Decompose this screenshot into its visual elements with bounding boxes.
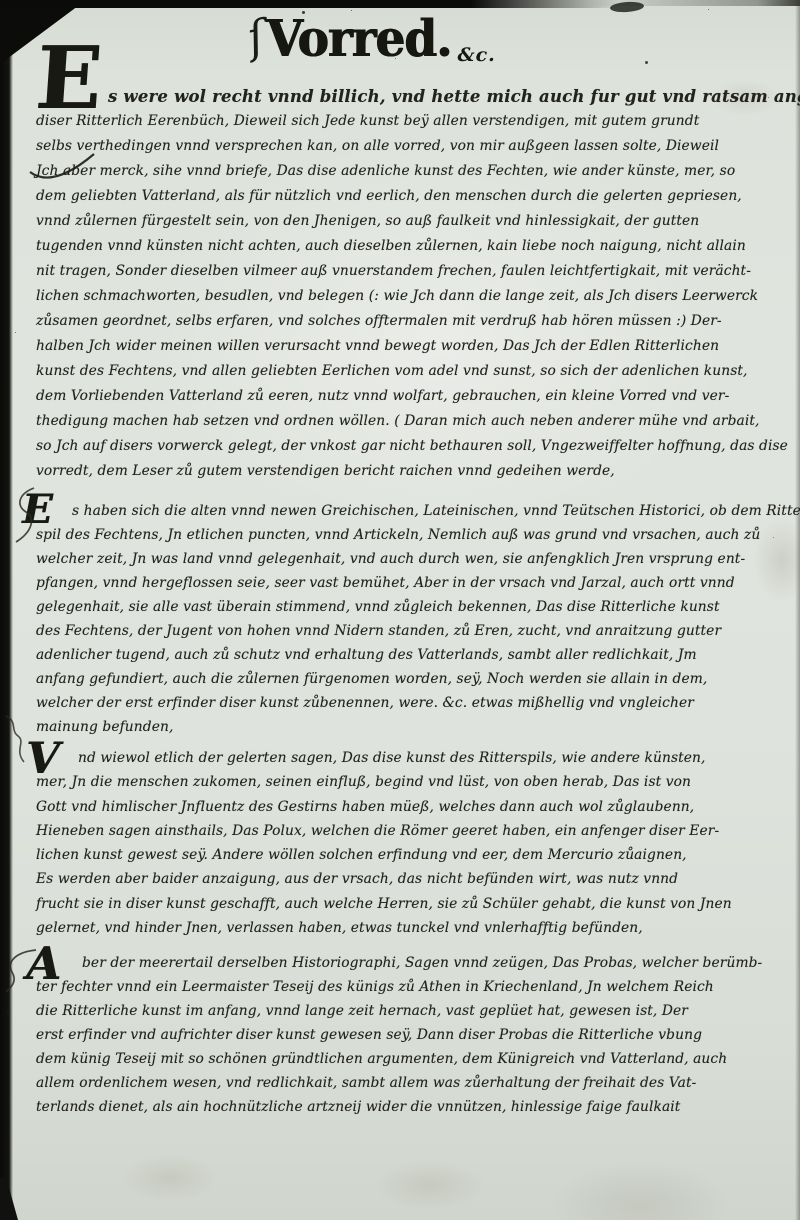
manuscript-line: dem künig Teseij mit so schönen gründtli… [36, 1047, 776, 1071]
page-title-row: ſ Vorred. &c. [248, 16, 496, 66]
manuscript-line: mer, Jn die menschen zukomen, seinen ein… [36, 770, 776, 794]
title-flourish-icon: ſ [244, 15, 269, 61]
manuscript-line: terlands dienet, als ain hochnützliche a… [36, 1095, 776, 1119]
manuscript-line: des Fechtens, der Jugent von hohen vnnd … [36, 619, 776, 643]
manuscript-page-scan: ſ Vorred. &c. E E V A s were wol recht v… [0, 0, 800, 1220]
manuscript-line: lichen kunst gewest seÿ. Andere wöllen s… [36, 843, 776, 867]
paragraph-3: nd wiewol etlich der gelerten sagen, Das… [36, 746, 776, 940]
manuscript-line: Hieneben sagen ainsthails, Das Polux, we… [36, 819, 776, 843]
manuscript-line: welcher zeit, Jn was land vnnd gelegenha… [36, 547, 776, 571]
manuscript-line: s haben sich die alten vnnd newen Greich… [36, 499, 776, 523]
manuscript-line: frucht sie in diser kunst geschafft, auc… [36, 892, 776, 916]
manuscript-line: allem ordenlichem wesen, vnd redlichkait… [36, 1071, 776, 1095]
margin-flourish-icon [12, 486, 40, 544]
manuscript-line: gelegenhait, sie alle vast überain stimm… [36, 595, 776, 619]
page-title: Vorred. [266, 14, 451, 65]
manuscript-line: adenlicher tugend, auch zů schutz vnd er… [36, 643, 776, 667]
manuscript-line: erst erfinder vnd aufrichter diser kunst… [36, 1023, 776, 1047]
manuscript-line: Es werden aber baider anzaigung, aus der… [36, 867, 776, 891]
title-etc-abbreviation: &c. [457, 44, 495, 66]
manuscript-line: ter fechter vnnd ein Leermaister Teseij … [36, 975, 776, 999]
manuscript-line: die Ritterliche kunst im anfang, vnnd la… [36, 999, 776, 1023]
manuscript-line: dem geliebten Vatterland, als für nützli… [36, 184, 776, 209]
manuscript-line: zůsamen geordnet, selbs erfaren, vnd sol… [36, 309, 776, 334]
manuscript-line: tugenden vnnd künsten nicht achten, auch… [36, 234, 776, 259]
manuscript-line: thedigung machen hab setzen vnd ordnen w… [36, 409, 776, 434]
scan-border-left [0, 0, 13, 1220]
manuscript-line: lichen schmachworten, besudlen, vnd bele… [36, 284, 776, 309]
paragraph-4: ber der meerertail derselben Historiogra… [36, 951, 776, 1119]
manuscript-line: Gott vnd himlischer Jnfluentz des Gestir… [36, 795, 776, 819]
paragraph-2: s haben sich die alten vnnd newen Greich… [36, 499, 776, 739]
manuscript-line: ber der meerertail derselben Historiogra… [36, 951, 776, 975]
manuscript-line: s were wol recht vnnd billich, vnd hette… [36, 84, 776, 109]
manuscript-line: dem Vorliebenden Vatterland zů eeren, nu… [36, 384, 776, 409]
scan-border-right [795, 0, 800, 1220]
manuscript-line: pfangen, vnnd hergeflossen seie, seer va… [36, 571, 776, 595]
paragraph-1: s were wol recht vnnd billich, vnd hette… [36, 84, 776, 484]
manuscript-line: mainung befunden, [36, 715, 776, 739]
manuscript-line: kunst des Fechtens, vnd allen geliebten … [36, 359, 776, 384]
manuscript-line: nd wiewol etlich der gelerten sagen, Das… [36, 746, 776, 770]
manuscript-line: vorredt, dem Leser zů gutem verstendigen… [36, 459, 776, 484]
manuscript-line: gelernet, vnd hinder Jnen, verlassen hab… [36, 916, 776, 940]
margin-flourish-icon [4, 712, 34, 764]
manuscript-line: Jch aber merck, sihe vnnd briefe, Das di… [36, 159, 776, 184]
manuscript-line: welcher der erst erfinder diser kunst zů… [36, 691, 776, 715]
manuscript-line: vnnd zůlernen fürgestelt sein, von den J… [36, 209, 776, 234]
manuscript-line: so Jch auf disers vorwerck gelegt, der v… [36, 434, 776, 459]
initial-swash-icon [28, 150, 98, 190]
manuscript-line: diser Ritterlich Eerenbüch, Dieweil sich… [36, 109, 776, 134]
manuscript-line: nit tragen, Sonder dieselben vilmeer auß… [36, 259, 776, 284]
scan-border-top [0, 0, 620, 8]
margin-flourish-icon [4, 946, 38, 994]
manuscript-line: spil des Fechtens, Jn etlichen puncten, … [36, 523, 776, 547]
manuscript-line: selbs verthedingen vnnd versprechen kan,… [36, 134, 776, 159]
manuscript-line: anfang gefundiert, auch die zůlernen für… [36, 667, 776, 691]
manuscript-line: halben Jch wider meinen willen verursach… [36, 334, 776, 359]
